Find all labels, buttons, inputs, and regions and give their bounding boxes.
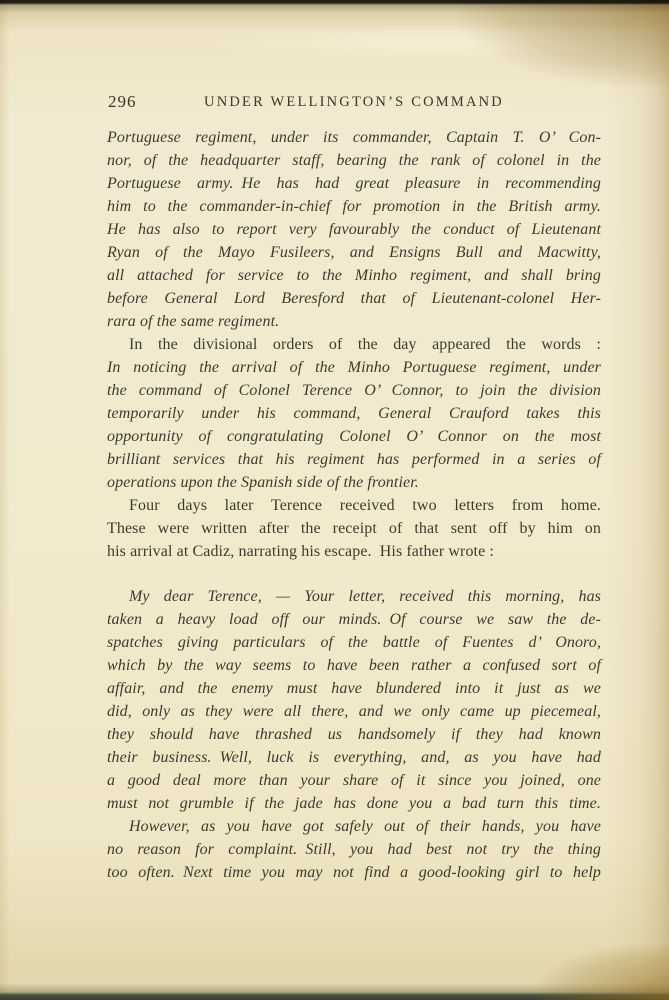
running-title: UNDER WELLINGTON’S COMMAND	[107, 94, 601, 111]
text-line: He has also to report very favourably th…	[107, 218, 601, 241]
paragraph-letter-father: My dear Terence, — Your letter, received…	[107, 585, 601, 815]
text-line: rara of the same regiment.	[107, 310, 601, 333]
text-line: nor, of the headquarter staff, bearing t…	[107, 149, 601, 172]
text-line: their business. Well, luck is everything…	[107, 746, 601, 769]
paragraph-two-letters: Four days later Terence received two let…	[107, 494, 601, 563]
text-line: These were written after the receipt of …	[107, 517, 601, 540]
text-line: In the divisional orders of the day appe…	[107, 333, 601, 356]
text-line: the command of Colonel Terence O’ Connor…	[107, 379, 601, 402]
text-line: Portuguese army. He has had great pleasu…	[107, 172, 601, 195]
text-line: which by the way seems to have been rath…	[107, 654, 601, 677]
book-page-scan: 296 UNDER WELLINGTON’S COMMAND Portugues…	[0, 0, 669, 1000]
text-line: him to the commander-in-chief for promot…	[107, 195, 601, 218]
text-line: operations upon the Spanish side of the …	[107, 471, 601, 494]
text-line: temporarily under his command, General C…	[107, 402, 601, 425]
running-head: 296 UNDER WELLINGTON’S COMMAND	[107, 92, 601, 114]
text-line: taken a heavy load off our minds. Of cou…	[107, 608, 601, 631]
text-line: Ryan of the Mayo Fusileers, and Ensigns …	[107, 241, 601, 264]
page-body: Portuguese regiment, under its commander…	[107, 126, 601, 884]
text-line: opportunity of congratulating Colonel O’…	[107, 425, 601, 448]
text-line: no reason for complaint. Still, you had …	[107, 838, 601, 861]
text-line: all attached for service to the Minho re…	[107, 264, 601, 287]
text-line: Portuguese regiment, under its commander…	[107, 126, 601, 149]
paragraph-report-continuation: Portuguese regiment, under its commander…	[107, 126, 601, 333]
text-line: must not grumble if the jade has done yo…	[107, 792, 601, 815]
text-line: My dear Terence, — Your letter, received…	[107, 585, 601, 608]
text-line: did, only as they were all there, and we…	[107, 700, 601, 723]
text-line: too often. Next time you may not find a …	[107, 861, 601, 884]
paragraph-letter-father-2: However, as you have got safely out of t…	[107, 815, 601, 884]
text-line: Four days later Terence received two let…	[107, 494, 601, 517]
text-line: a good deal more than your share of it s…	[107, 769, 601, 792]
text-line: his arrival at Cadiz, narrating his esca…	[107, 540, 601, 563]
text-line: brilliant services that his regiment has…	[107, 448, 601, 471]
text-line: However, as you have got safely out of t…	[107, 815, 601, 838]
text-line: they should have thrashed us handsomely …	[107, 723, 601, 746]
text-line: affair, and the enemy must have blundere…	[107, 677, 601, 700]
text-line: In noticing the arrival of the Minho Por…	[107, 356, 601, 379]
text-line: before General Lord Beresford that of Li…	[107, 287, 601, 310]
paragraph-divisional-orders: In the divisional orders of the day appe…	[107, 333, 601, 494]
text-line: spatches giving particulars of the battl…	[107, 631, 601, 654]
